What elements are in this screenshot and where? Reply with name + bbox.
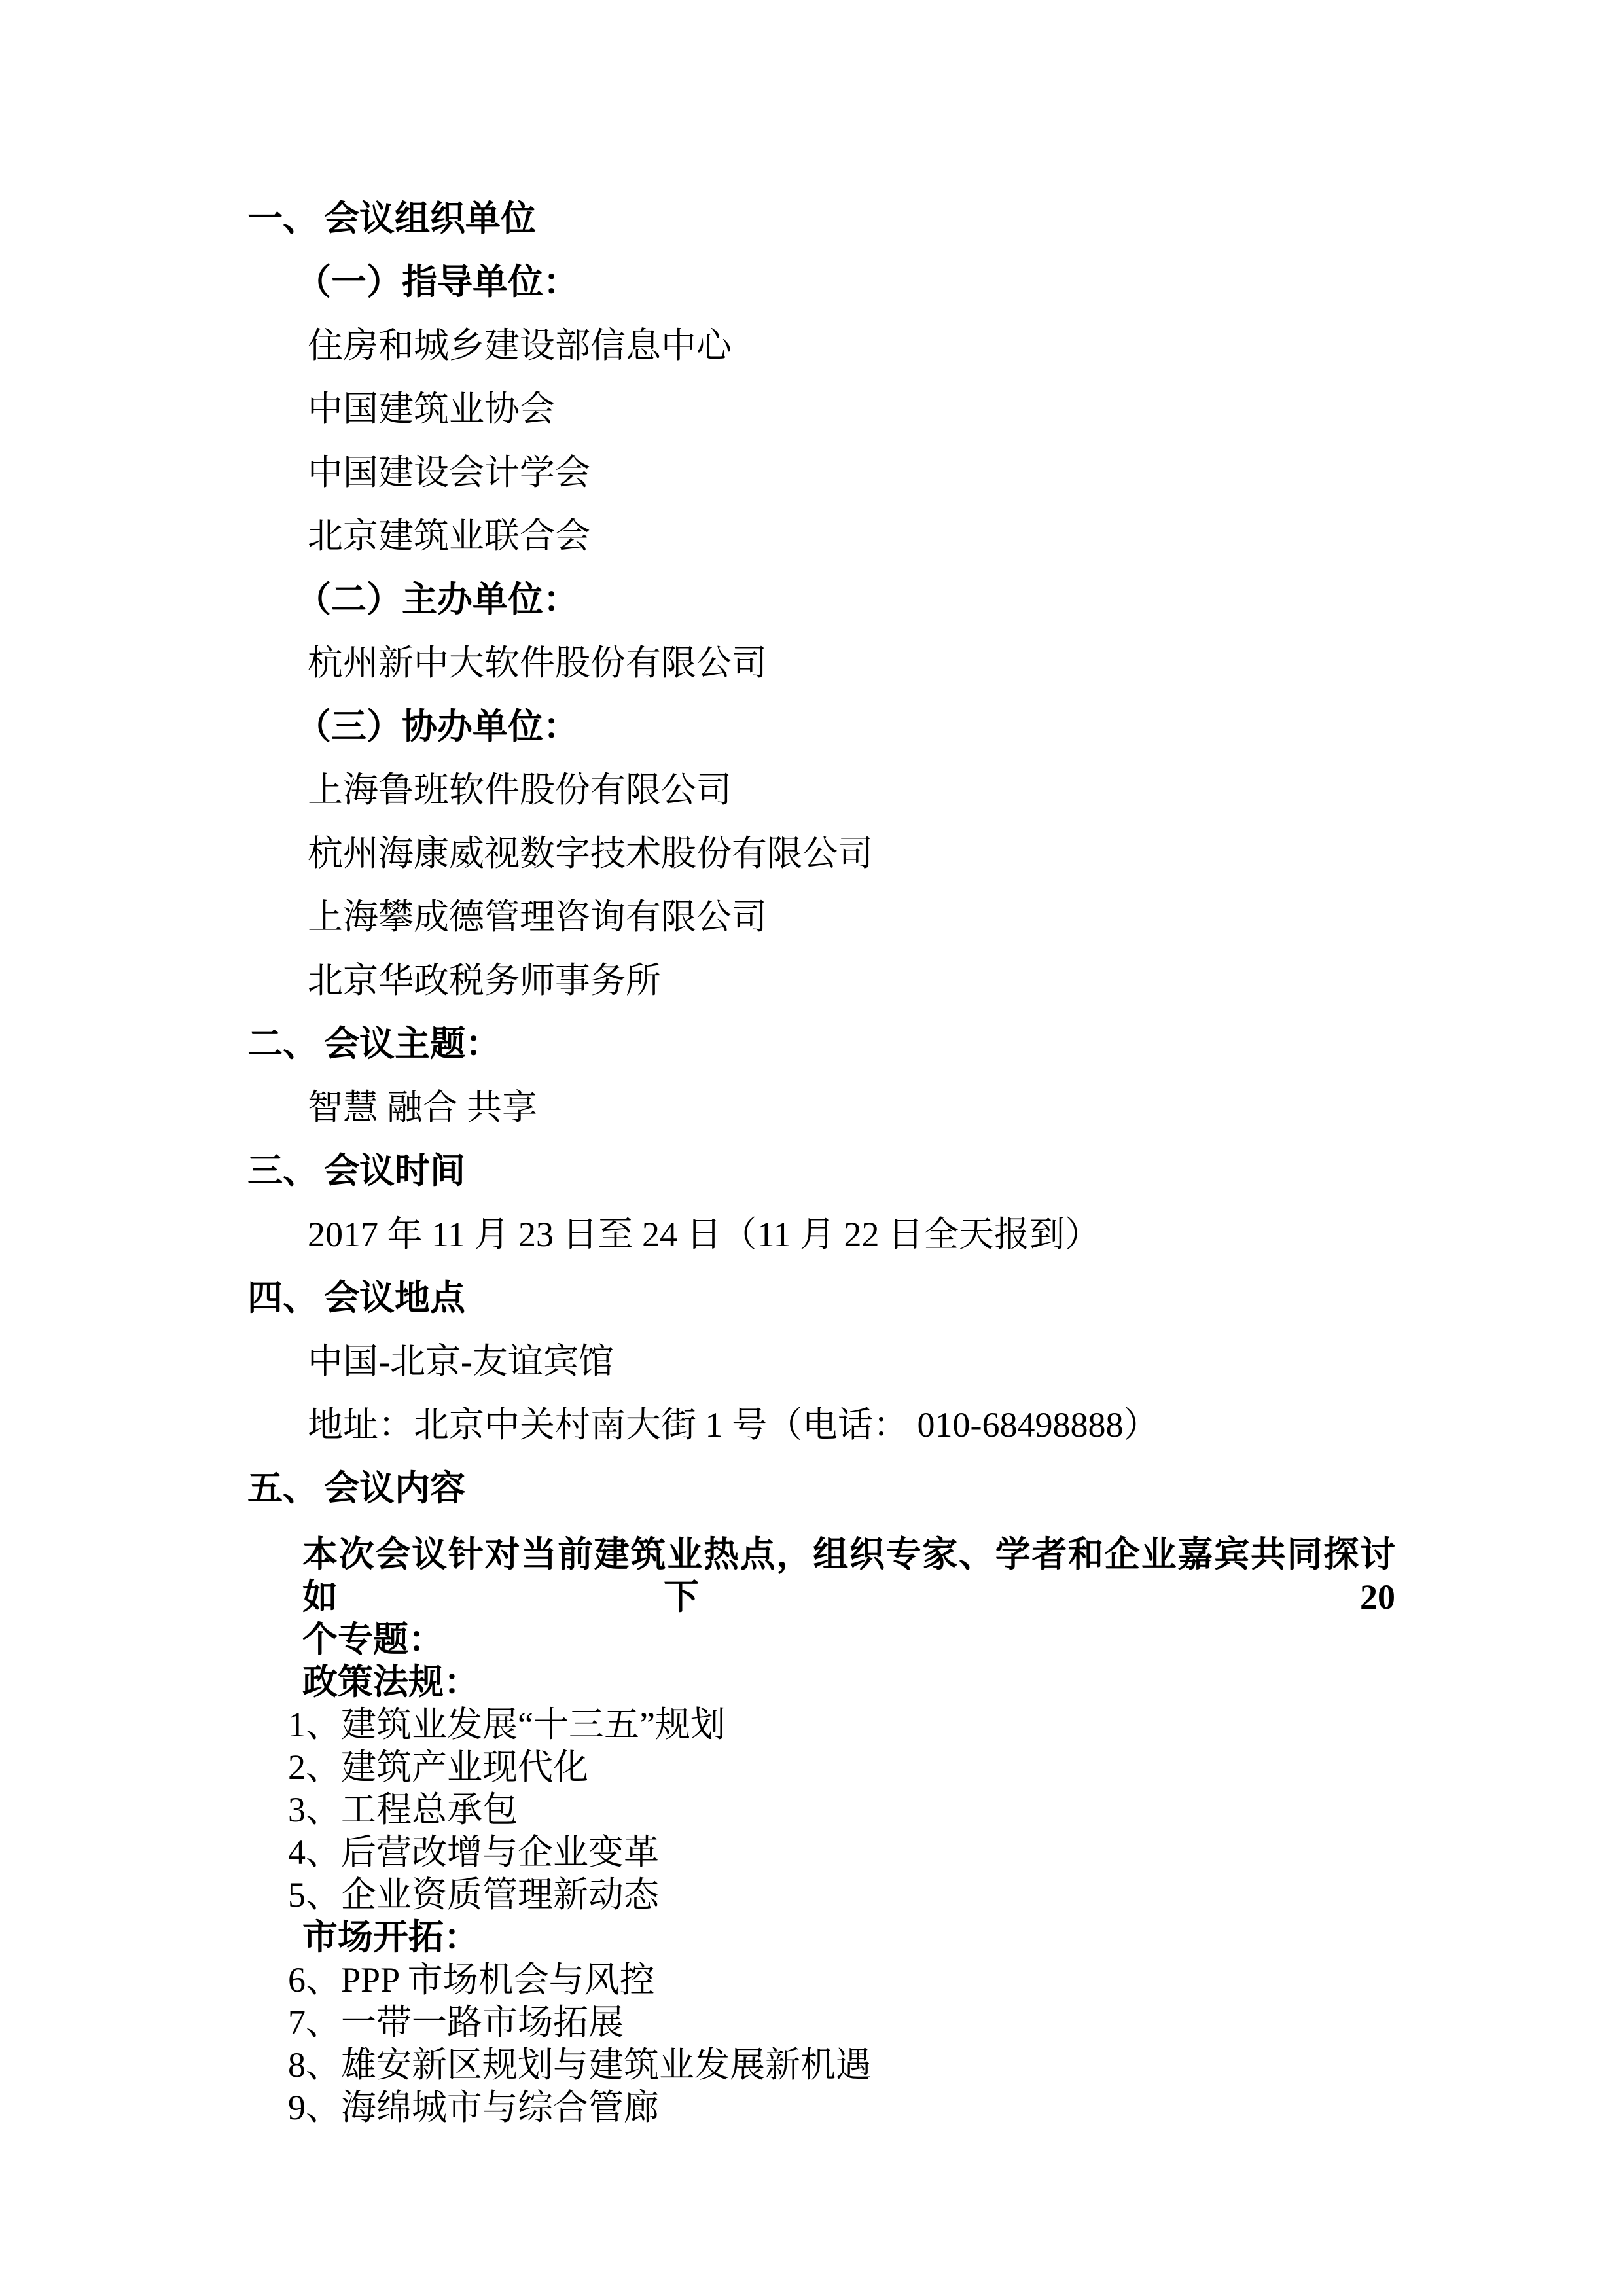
line-text: 市场开拓： bbox=[302, 1918, 479, 1957]
line-text: 1、建筑业发展“十三五”规划 bbox=[288, 1705, 726, 1744]
line-text: 地址：北京中关村南大街 1 号（电话： 010-68498888） bbox=[308, 1405, 1158, 1444]
body-line: 上海攀成德管理咨询有限公司 bbox=[0, 886, 1623, 949]
body-line: 上海鲁班软件股份有限公司 bbox=[0, 759, 1623, 822]
document-body: 一、会议组织单位（一）指导单位：住房和城乡建设部信息中心中国建筑业协会中国建设会… bbox=[0, 187, 1623, 2129]
line-text: 8、雄安新区规划与建筑业发展新机遇 bbox=[288, 2045, 871, 2085]
line-text: 4、后营改增与企业变革 bbox=[288, 1833, 659, 1872]
line-text: 会议地点 bbox=[324, 1278, 465, 1318]
topic-item: 7、一带一路市场拓展 bbox=[0, 2001, 1623, 2044]
line-text: 9、海绵城市与综合管廊 bbox=[288, 2088, 659, 2127]
line-text: 住房和城乡建设部信息中心 bbox=[308, 326, 732, 365]
line-text: 2、建筑产业现代化 bbox=[288, 1748, 588, 1787]
heading-number: 二、 bbox=[247, 1013, 324, 1076]
body-line: 地址：北京中关村南大街 1 号（电话： 010-68498888） bbox=[0, 1393, 1623, 1457]
sub-heading: （二）主办单位： bbox=[0, 568, 1623, 632]
topic-item: 6、PPP 市场机会与风控 bbox=[0, 1959, 1623, 2001]
body-line: 住房和城乡建设部信息中心 bbox=[0, 314, 1623, 378]
line-text: 智慧 融合 共享 bbox=[308, 1088, 537, 1127]
heading-number: 三、 bbox=[247, 1139, 324, 1203]
section-heading: 三、会议时间 bbox=[0, 1139, 1623, 1203]
line-text: 会议内容 bbox=[324, 1469, 465, 1508]
topic-item: 9、海绵城市与综合管廊 bbox=[0, 2087, 1623, 2129]
line-text: 会议组织单位 bbox=[324, 199, 536, 238]
body-line: 杭州新中大软件股份有限公司 bbox=[0, 632, 1623, 695]
line-text: 杭州新中大软件股份有限公司 bbox=[308, 643, 767, 683]
line-text: 中国建设会计学会 bbox=[308, 453, 590, 492]
line-text: 7、一带一路市场拓展 bbox=[288, 2003, 624, 2042]
body-line: 杭州海康威视数字技术股份有限公司 bbox=[0, 822, 1623, 886]
body-line: 中国建设会计学会 bbox=[0, 441, 1623, 505]
topic-item: 1、建筑业发展“十三五”规划 bbox=[0, 1704, 1623, 1746]
topic-item: 3、工程总承包 bbox=[0, 1789, 1623, 1831]
line-text: 杭州海康威视数字技术股份有限公司 bbox=[308, 834, 873, 873]
heading-number: 四、 bbox=[247, 1266, 324, 1330]
line-text: 本次会议针对当前建筑业热点，组织专家、学者和企业嘉宾共同探讨如下 20 bbox=[302, 1535, 1395, 1617]
section-heading: 四、会议地点 bbox=[0, 1266, 1623, 1330]
intro-line: 本次会议针对当前建筑业热点，组织专家、学者和企业嘉宾共同探讨如下 20 bbox=[0, 1534, 1395, 1619]
body-line: 中国-北京-友谊宾馆 bbox=[0, 1330, 1623, 1393]
body-line: 中国建筑业协会 bbox=[0, 378, 1623, 441]
line-text: 会议主题： bbox=[324, 1024, 501, 1064]
section-heading: 一、会议组织单位 bbox=[0, 187, 1623, 251]
line-text: 会议时间 bbox=[324, 1151, 465, 1191]
topic-item: 2、建筑产业现代化 bbox=[0, 1746, 1623, 1789]
line-text: 3、工程总承包 bbox=[288, 1790, 518, 1829]
line-text: （二）主办单位： bbox=[296, 580, 579, 619]
document-page: 一、会议组织单位（一）指导单位：住房和城乡建设部信息中心中国建筑业协会中国建设会… bbox=[0, 0, 1623, 2296]
line-text: 中国-北京-友谊宾馆 bbox=[308, 1342, 614, 1381]
body-line: 2017 年 11 月 23 日至 24 日（11 月 22 日全天报到） bbox=[0, 1203, 1623, 1266]
line-text: 个专题： bbox=[302, 1620, 444, 1659]
topic-item: 5、企业资质管理新动态 bbox=[0, 1874, 1623, 1916]
line-text: 政策法规： bbox=[302, 1662, 479, 1702]
line-text: 北京建筑业联合会 bbox=[308, 516, 590, 556]
line-text: 上海攀成德管理咨询有限公司 bbox=[308, 897, 767, 937]
line-text: 上海鲁班软件股份有限公司 bbox=[308, 770, 732, 810]
sub-heading: （一）指导单位： bbox=[0, 251, 1623, 314]
intro-line: 个专题： bbox=[0, 1619, 1623, 1661]
topic-label: 市场开拓： bbox=[0, 1916, 1623, 1959]
line-text: 北京华政税务师事务所 bbox=[308, 961, 661, 1000]
body-line: 智慧 融合 共享 bbox=[0, 1076, 1623, 1139]
line-text: 5、企业资质管理新动态 bbox=[288, 1875, 659, 1914]
body-line: 北京华政税务师事务所 bbox=[0, 949, 1623, 1013]
section-heading: 二、会议主题： bbox=[0, 1013, 1623, 1076]
line-text: （三）协办单位： bbox=[296, 707, 579, 746]
line-text: 2017 年 11 月 23 日至 24 日（11 月 22 日全天报到） bbox=[308, 1215, 1100, 1254]
heading-number: 一、 bbox=[247, 187, 324, 251]
topic-item: 4、后营改增与企业变革 bbox=[0, 1831, 1623, 1874]
line-text: 中国建筑业协会 bbox=[308, 389, 555, 429]
body-line: 北京建筑业联合会 bbox=[0, 505, 1623, 568]
topic-label: 政策法规： bbox=[0, 1661, 1623, 1704]
line-text: 6、PPP 市场机会与风控 bbox=[288, 1960, 655, 2000]
heading-number: 五、 bbox=[247, 1457, 324, 1520]
line-text: （一）指导单位： bbox=[296, 262, 579, 302]
sub-heading: （三）协办单位： bbox=[0, 695, 1623, 759]
section-heading: 五、会议内容 bbox=[0, 1457, 1623, 1520]
topic-item: 8、雄安新区规划与建筑业发展新机遇 bbox=[0, 2044, 1623, 2087]
